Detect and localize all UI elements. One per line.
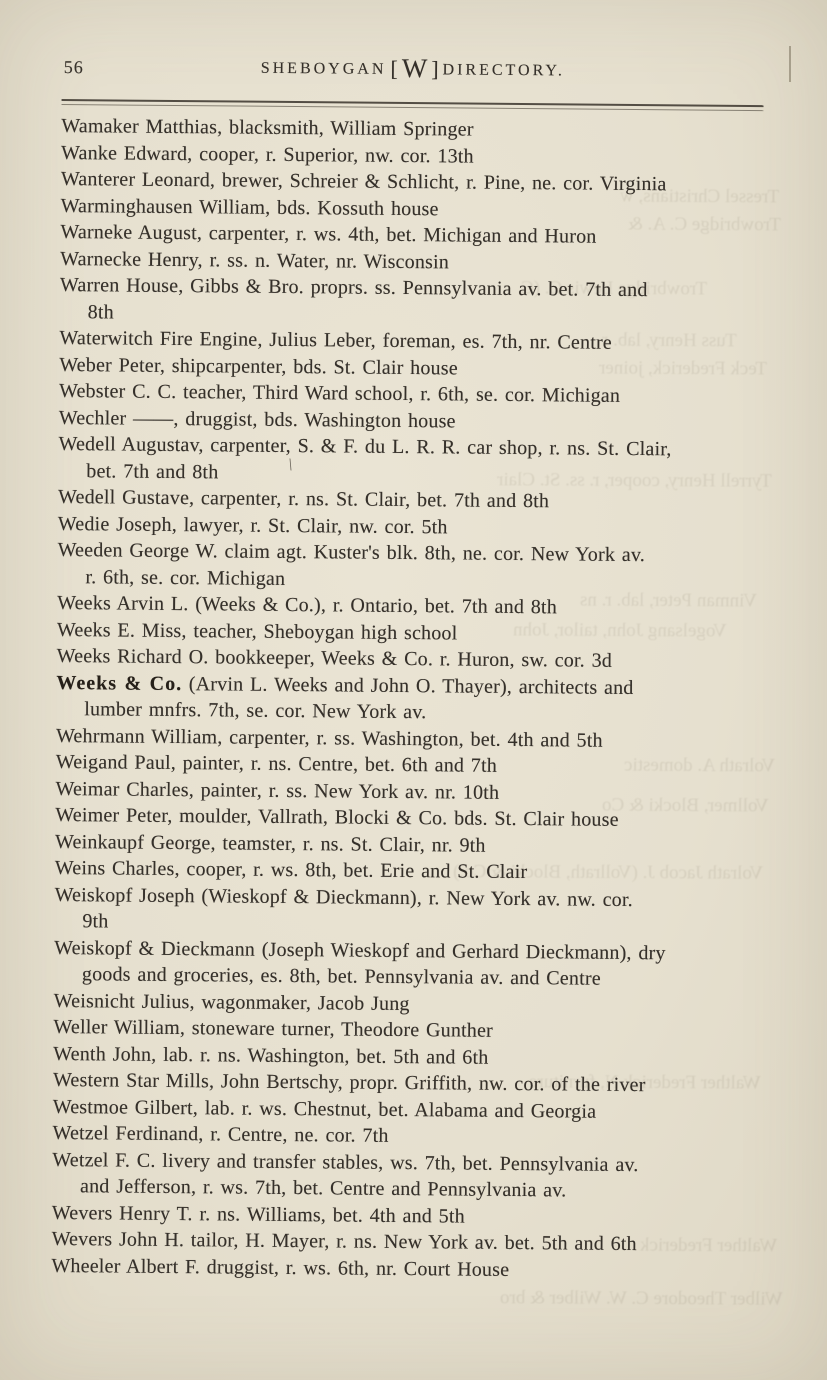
bracket-close: ] (427, 56, 443, 81)
bold-entry-name: Weeks & Co. (56, 671, 182, 694)
page-title: SHEBOYGAN[W]DIRECTORY. (62, 50, 764, 87)
title-word: DIRECTORY. (443, 61, 565, 79)
directory-line: Wheeler Albert F. druggist, r. ws. 6th, … (51, 1252, 753, 1285)
directory-entries: Wamaker Matthias, blacksmith, William Sp… (51, 113, 763, 1285)
scanned-directory-page: Tressel Christians, wTrowbridge C. A. &T… (0, 0, 827, 1380)
bleed-through-line: Wilber Theodore C. W. Wilber & bro (500, 1287, 783, 1310)
title-city: SHEBOYGAN (261, 60, 387, 78)
page-edge-mark (789, 46, 791, 82)
header-rule (62, 99, 764, 111)
page-header: 56 SHEBOYGAN[W]DIRECTORY. (62, 50, 764, 100)
page-content: 56 SHEBOYGAN[W]DIRECTORY. Wamaker Matthi… (51, 50, 764, 1285)
section-letter: W (402, 53, 428, 83)
bracket-open: [ (386, 56, 402, 81)
